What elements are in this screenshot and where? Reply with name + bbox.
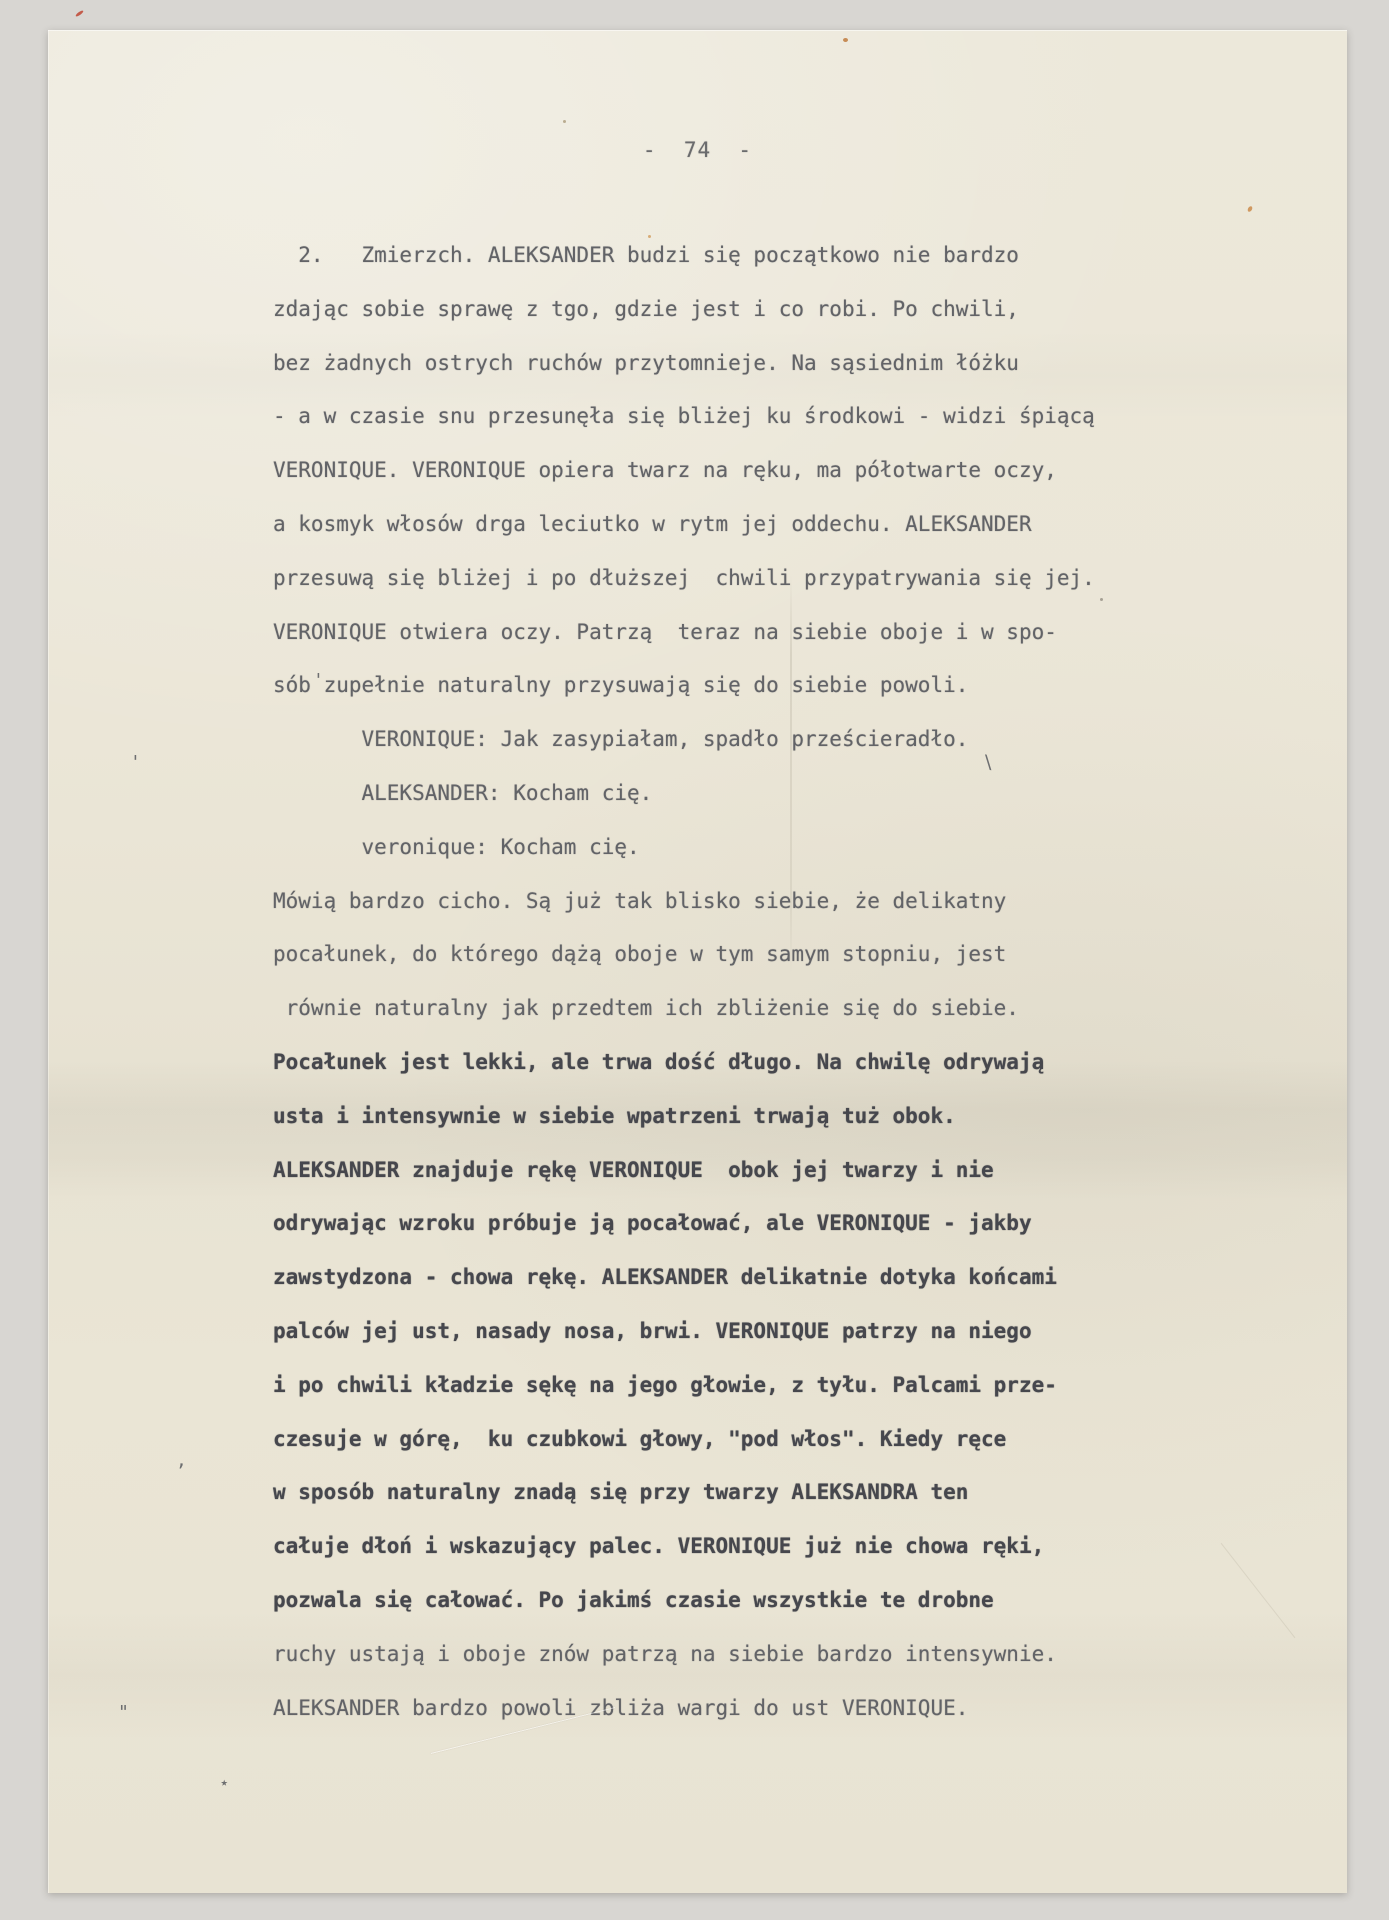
paper-speck	[843, 38, 848, 42]
text-line: VERONIQUE otwiera oczy. Patrzą teraz na …	[273, 606, 1095, 660]
stray-mark: "	[118, 1702, 129, 1723]
text-line: pozwala się całować. Po jakimś czasie ws…	[273, 1574, 1095, 1628]
text-line: usta i intensywnie w siebie wpatrzeni tr…	[273, 1090, 1095, 1144]
text-line: odrywając wzroku próbuje ją pocałować, a…	[273, 1197, 1095, 1251]
text-line: 2. Zmierzch. ALEKSANDER budzi się począt…	[273, 229, 1095, 283]
paper-scratch	[1221, 1543, 1296, 1638]
text-line: pocałunek, do którego dążą oboje w tym s…	[273, 928, 1095, 982]
stray-mark: ,	[176, 1450, 187, 1471]
text-line: równie naturalny jak przedtem ich zbliże…	[273, 982, 1095, 1036]
text-line: i po chwili kładzie sękę na jego głowie,…	[273, 1359, 1095, 1413]
paper-crease	[790, 575, 792, 975]
text-line: ALEKSANDER: Kocham cię.	[273, 767, 1095, 821]
text-line: Mówią bardzo cicho. Są już tak blisko si…	[273, 875, 1095, 929]
text-line: zawstydzona - chowa rękę. ALEKSANDER del…	[273, 1251, 1095, 1305]
text-line: sób zupełnie naturalny przysuwają się do…	[273, 659, 1095, 713]
document-body: 2. Zmierzch. ALEKSANDER budzi się począt…	[273, 229, 1095, 1735]
paper-speck	[1100, 598, 1103, 601]
document-page: - 74 - 2. Zmierzch. ALEKSANDER budzi się…	[48, 30, 1347, 1893]
text-line: ALEKSANDER bardzo powoli zbliża wargi do…	[273, 1682, 1095, 1736]
paper-speck	[648, 235, 651, 238]
text-line: veronique: Kocham cię.	[273, 821, 1095, 875]
text-line: palców jej ust, nasady nosa, brwi. VERON…	[273, 1305, 1095, 1359]
text-line: ALEKSANDER znajduje rękę VERONIQUE obok …	[273, 1144, 1095, 1198]
paper-speck	[563, 120, 566, 123]
stray-mark: ٭	[220, 1775, 228, 1791]
stray-mark: '	[313, 670, 324, 691]
text-line: przesuwą się bliżej i po dłuższej chwili…	[273, 552, 1095, 606]
paper-speck	[75, 10, 84, 18]
text-line: Pocałunek jest lekki, ale trwa dość dług…	[273, 1036, 1095, 1090]
text-line: zdając sobie sprawę z tgo, gdzie jest i …	[273, 283, 1095, 337]
text-line: bez żadnych ostrych ruchów przytomnieje.…	[273, 337, 1095, 391]
scan-background: - 74 - 2. Zmierzch. ALEKSANDER budzi się…	[0, 0, 1389, 1920]
paper-speck	[1247, 205, 1253, 212]
text-line: ruchy ustają i oboje znów patrzą na sieb…	[273, 1628, 1095, 1682]
text-line: w sposób naturalny znadą się przy twarzy…	[273, 1466, 1095, 1520]
text-line: czesuje w górę, ku czubkowi głowy, "pod …	[273, 1413, 1095, 1467]
text-line: - a w czasie snu przesunęła się bliżej k…	[273, 390, 1095, 444]
text-line: VERONIQUE. VERONIQUE opiera twarz na ręk…	[273, 444, 1095, 498]
page-number: - 74 -	[48, 138, 1347, 162]
text-line: a kosmyk włosów drga leciutko w rytm jej…	[273, 498, 1095, 552]
stray-mark: '	[130, 752, 141, 773]
text-line: całuje dłoń i wskazujący palec. VERONIQU…	[273, 1520, 1095, 1574]
text-line: VERONIQUE: Jak zasypiałam, spadło prześc…	[273, 713, 1095, 767]
